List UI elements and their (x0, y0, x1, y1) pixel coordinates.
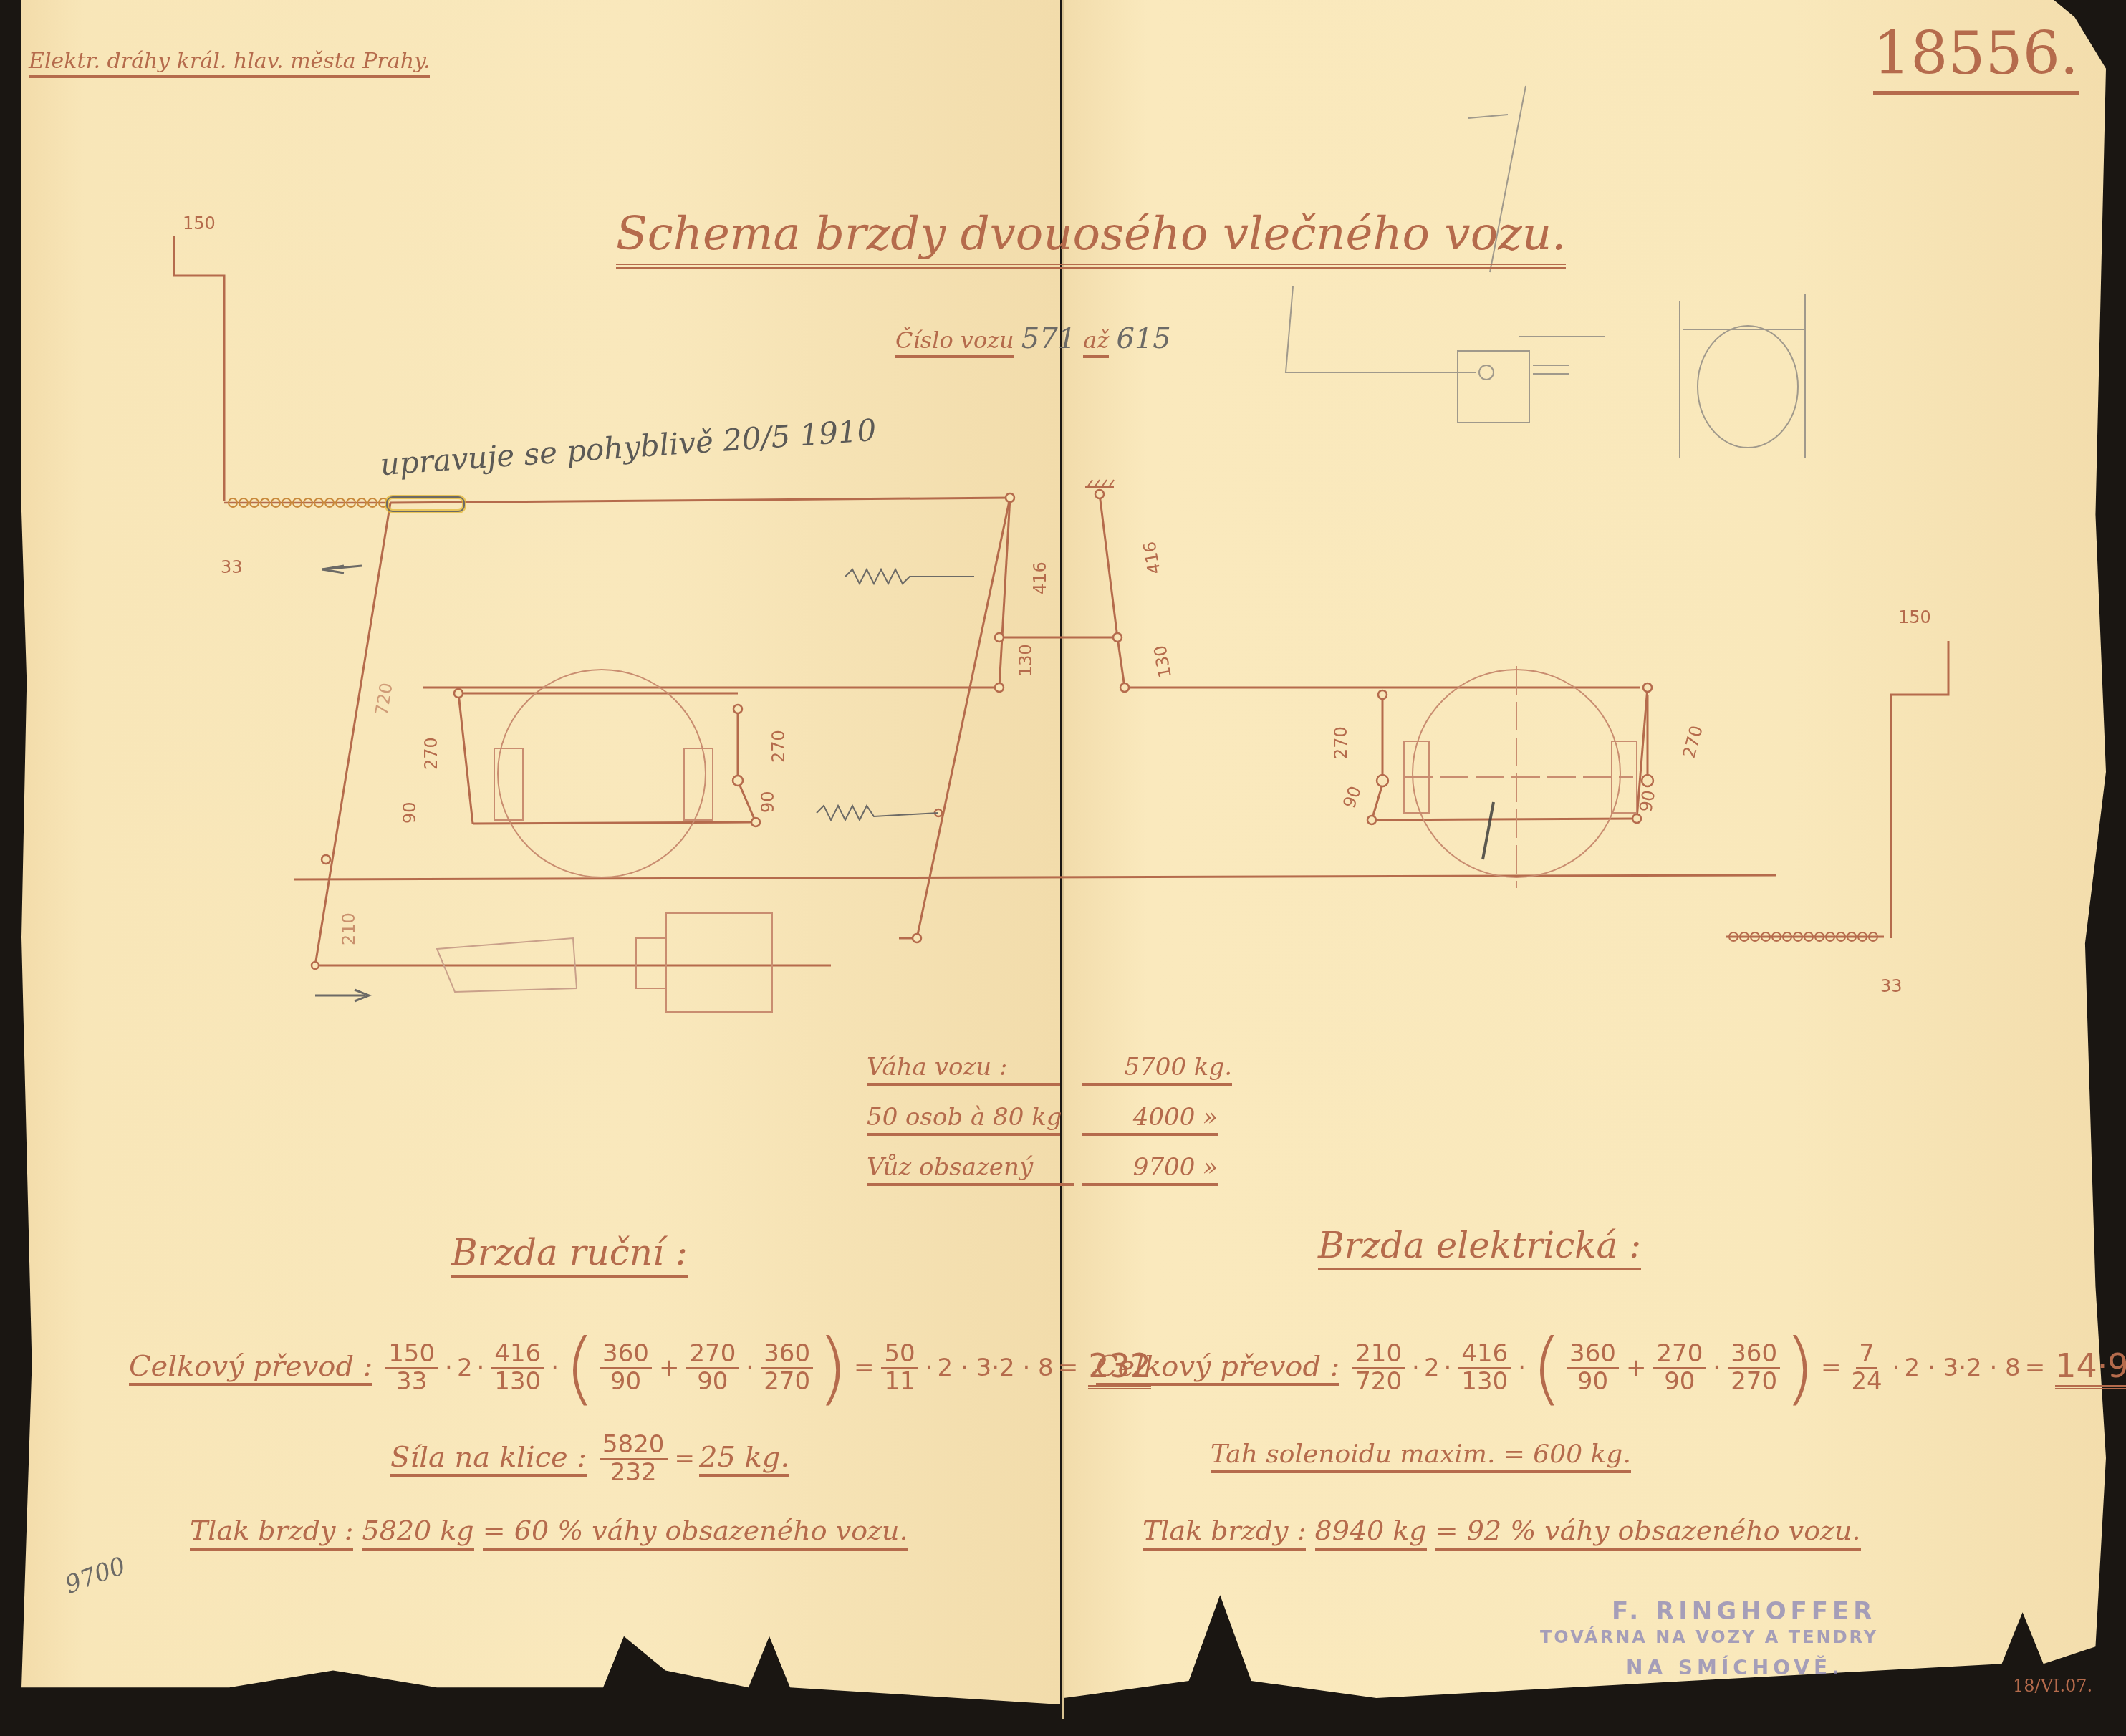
dim-rw-270a: 270 (1331, 726, 1351, 759)
fraction: 5820232 (600, 1432, 668, 1485)
dim-left-chain: 33 (221, 557, 243, 577)
dim-rw-270b: 270 (1679, 723, 1707, 760)
weight-label: Váha vozu : (867, 1053, 1060, 1086)
weight-label: Vůz obsazený (867, 1153, 1074, 1186)
electric-brake-ratio-equation: Celkový převod : 210720 ·2· 416130 ·( 36… (1096, 1328, 2126, 1407)
fraction: 724 (1848, 1341, 1885, 1394)
dim-lw-270a: 270 (421, 737, 441, 770)
electric-brake-heading: Brzda elektrická : (1318, 1225, 1641, 1270)
dim-lever-130-left: 130 (1016, 644, 1036, 677)
weight-value: 9700 » (1082, 1153, 1218, 1186)
manufacturer-stamp-line1: F. RINGHOFFER (1612, 1597, 1876, 1626)
dim-lw-270b: 270 (769, 730, 789, 763)
dim-right-chain: 33 (1880, 976, 1903, 996)
electric-ratio-label: Celkový převod : (1096, 1350, 1339, 1386)
weights-row: Váha vozu : 5700 kg. (867, 1053, 1239, 1096)
dim-lw-90b: 90 (758, 791, 778, 813)
dim-hand-lever-720: 720 (371, 681, 397, 717)
drawing-title: Schema brzdy dvouosého vlečného vozu. (616, 208, 1566, 269)
electric-brake-pressure: Tlak brzdy : 8940 kg = 92 % váhy obsazen… (1143, 1515, 1861, 1546)
weight-value: 4000 » (1082, 1103, 1218, 1136)
hand-brake-ratio-equation: Celkový převod : 15033 ·2· 416130 ·( 360… (129, 1328, 1151, 1407)
fraction: 27090 (686, 1341, 739, 1394)
hand-force-result: 25 kg. (699, 1441, 789, 1477)
weight-value: 5700 kg. (1082, 1053, 1232, 1086)
dim-left-crank: 150 (183, 213, 216, 233)
fraction: 360270 (1728, 1341, 1780, 1394)
dim-rw-90a: 90 (1339, 783, 1365, 811)
hand-brake-heading: Brzda ruční : (451, 1232, 688, 1278)
dim-lever-416-right: 416 (1139, 540, 1165, 576)
owner-label: Elektr. dráhy král. hlav. města Prahy. (29, 49, 430, 78)
manufacturer-stamp-line2: TOVÁRNA NA VOZY A TENDRY (1540, 1627, 1878, 1647)
dim-right-crank: 150 (1898, 607, 1931, 627)
electric-ratio-result: 14·9 (2055, 1346, 2126, 1389)
fraction: 15033 (385, 1341, 438, 1394)
car-number-sep: až (1083, 327, 1109, 358)
hand-brake-force: Síla na klice : 5820232 = 25 kg. (390, 1432, 799, 1485)
date-corner: 18/VI.07. (2013, 1676, 2092, 1696)
car-number: Číslo vozu 571 až 615 (895, 322, 1171, 355)
fraction: 360270 (761, 1341, 813, 1394)
hand-brake-pressure: Tlak brzdy : 5820 kg = 60 % váhy obsazen… (190, 1515, 908, 1546)
solenoid-pull: Tah solenoidu maxim. = 600 kg. (1211, 1440, 1631, 1473)
manufacturer-stamp-line3: NA SMÍCHOVĚ. (1626, 1656, 1844, 1679)
fraction: 36090 (1567, 1341, 1619, 1394)
weight-label: 50 osob à 80 kg (867, 1103, 1060, 1136)
car-number-to: 615 (1116, 322, 1170, 355)
drawing-sheet: 150 33 150 33 416 130 416 130 720 210 27… (0, 0, 2126, 1736)
fraction: 416130 (491, 1341, 544, 1394)
dim-lever-416-left: 416 (1030, 561, 1050, 594)
hand-ratio-label: Celkový převod : (129, 1350, 372, 1386)
weights-row: Vůz obsazený 9700 » (867, 1153, 1239, 1196)
dim-lever-130-right: 130 (1150, 644, 1175, 680)
fraction: 210720 (1352, 1341, 1405, 1394)
dim-rw-90b: 90 (1635, 789, 1659, 814)
dim-hand-lever-210: 210 (339, 912, 359, 945)
fraction: 416130 (1458, 1341, 1511, 1394)
car-number-label: Číslo vozu (895, 327, 1014, 358)
fraction: 5011 (881, 1341, 918, 1394)
car-number-from: 571 (1021, 322, 1076, 355)
fraction: 27090 (1653, 1341, 1706, 1394)
dim-lw-90a: 90 (400, 801, 420, 824)
drawing-number: 18556. (1873, 20, 2079, 95)
weights-row: 50 osob à 80 kg 4000 » (867, 1103, 1239, 1146)
fraction: 36090 (600, 1341, 652, 1394)
